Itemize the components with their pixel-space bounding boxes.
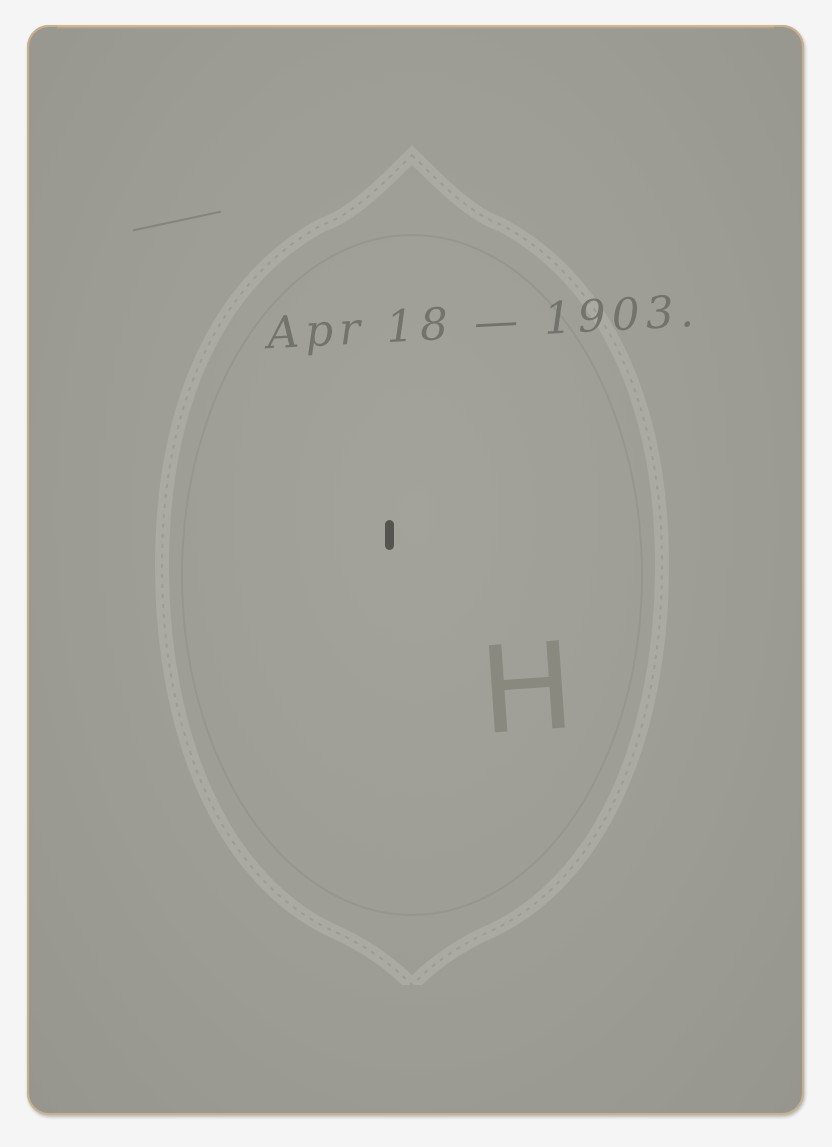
- cabinet-card-back: Apr 18 — 1903. H: [27, 25, 804, 1115]
- card-worn-edge: [57, 25, 774, 29]
- ink-spot: [385, 520, 394, 550]
- embossed-oval-frame: [142, 145, 682, 985]
- handwritten-initial: H: [475, 617, 579, 762]
